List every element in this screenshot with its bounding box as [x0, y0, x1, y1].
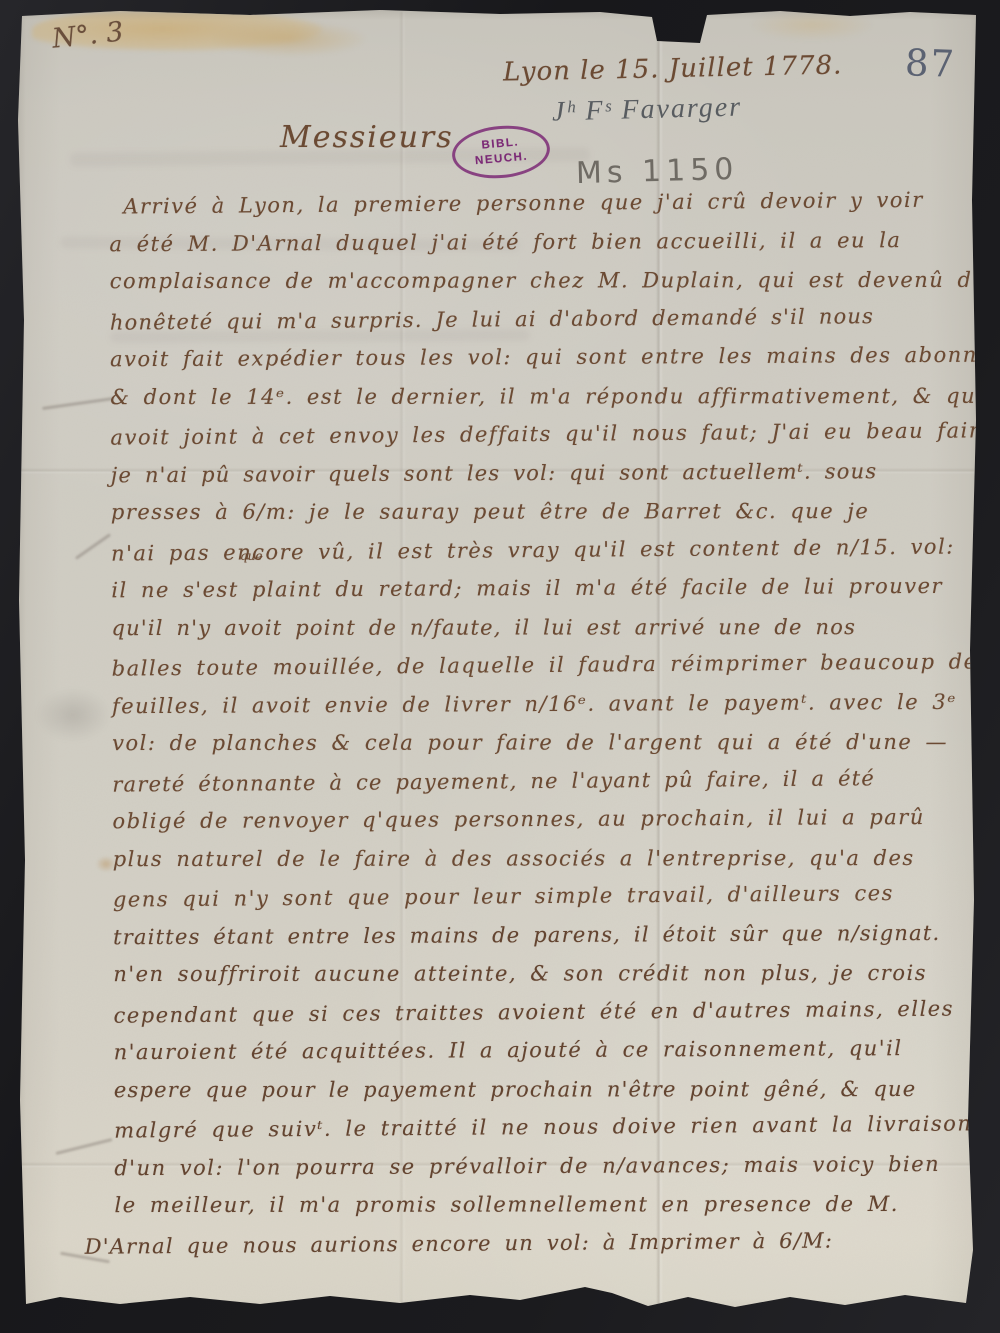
writer-annotation: Jʰ Fˢ Favarger — [552, 92, 743, 129]
letter-line: espere que pour le payement prochain n'ê… — [114, 1069, 974, 1109]
letter-line: le meilleur, il m'a promis sollemnelleme… — [114, 1185, 974, 1225]
letter-line: qu'il n'y avoit point de n/faute, il lui… — [111, 607, 971, 647]
stamp-line-2: NEUCH. — [475, 150, 529, 170]
letter-line: vol: de planches & cela pour faire de l'… — [112, 723, 972, 763]
letter-line: presses à 6/m: je le sauray peut être de… — [111, 492, 971, 532]
page-number: 87 — [904, 41, 957, 86]
letter-line: malgré que suivᵗ. le traitté il ne nous … — [114, 1104, 974, 1150]
letter-line: n'ai pas encore vû, il est très vray qu'… — [111, 527, 971, 573]
letter-line: cependant que si ces traittes avoient ét… — [113, 989, 973, 1035]
letter-line: traittes étant entre les mains de parens… — [113, 913, 973, 956]
letter-line: plus naturel de le faire à des associés … — [113, 838, 973, 878]
letter-line: rareté étonnante à ce payement, ne l'aya… — [112, 758, 972, 804]
letter-line: gens qui n'y sont que pour leur simple t… — [113, 873, 973, 919]
letter-line: & dont le 14ᵉ. est le dernier, il m'a ré… — [110, 376, 970, 416]
letter-line: avoit fait expédier tous les vol: qui so… — [110, 336, 970, 379]
letter-line: honêteté qui m'a surpris. Je lui ai d'ab… — [110, 296, 970, 342]
letter-line: Arrivé à Lyon, la premiere personne que … — [109, 180, 969, 226]
letter-line: d'un vol: l'on pourra se prévalloir de n… — [114, 1144, 974, 1187]
salutation: Messieurs — [280, 120, 454, 155]
letter-line: obligé de renvoyer q'ques personnes, au … — [112, 798, 972, 841]
letter-line: balles toute mouillée, de laquelle il fa… — [112, 642, 972, 688]
letter-line: complaisance de m'accompagner chez M. Du… — [110, 261, 970, 301]
letter-line: n'auroient été acquittées. Il a ajouté à… — [114, 1029, 974, 1072]
letter-line: avoit joint à cet envoy les deffaits qu'… — [110, 411, 970, 457]
letter-body: Arrivé à Lyon, la premiere personne que … — [109, 182, 975, 1264]
letter-line: il ne s'est plaint du retard; mais il m'… — [111, 567, 971, 610]
letter-line: a été M. D'Arnal duquel j'ai été fort bi… — [109, 220, 969, 263]
photo-backdrop: N°. 3 87 Lyon le 15. Juillet 1778. Jʰ Fˢ… — [0, 0, 1000, 1333]
letter-line: je n'ai pû savoir quels sont les vol: qu… — [111, 451, 971, 494]
letter-line: D'Arnal que nous aurions encore un vol: … — [85, 1220, 975, 1266]
letter-line: n'en souffriroit aucune atteinte, & son … — [113, 954, 973, 994]
letter-line: feuilles, il avoit envie de livrer n/16ᵉ… — [112, 682, 972, 725]
letter-page: N°. 3 87 Lyon le 15. Juillet 1778. Jʰ Fˢ… — [0, 0, 1000, 1333]
